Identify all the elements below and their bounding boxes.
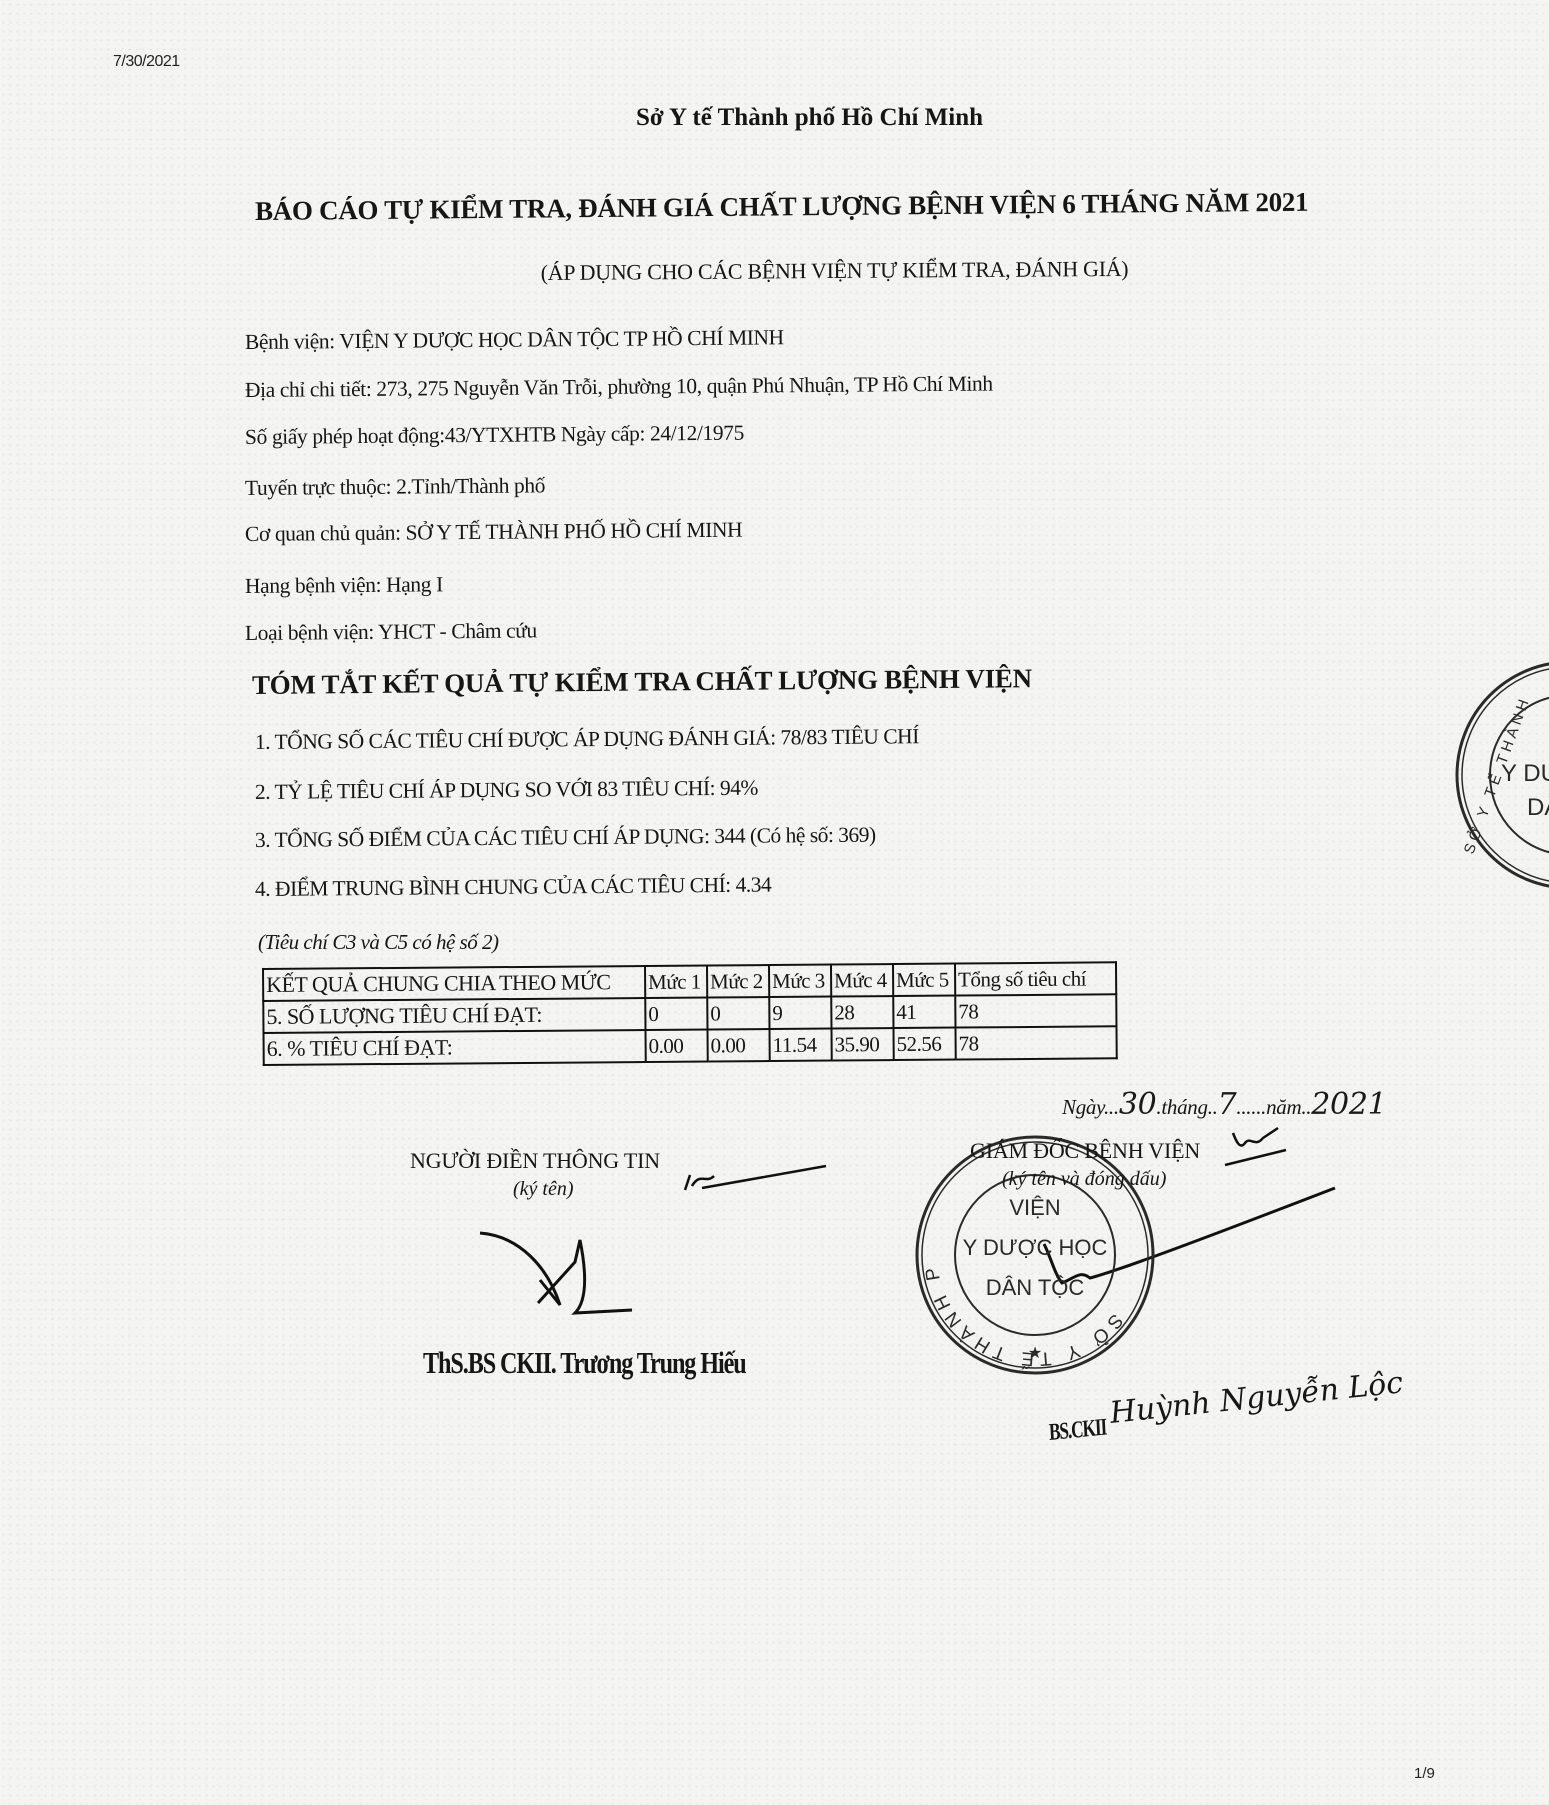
- seal-line-2: Y DƯỢC HỌC: [963, 1235, 1108, 1260]
- edge-seal-icon: Y DƯ DÂ SỞ Y TẾ THÀNH: [1445, 655, 1549, 895]
- filler-signature-icon: [480, 1233, 632, 1313]
- director-initials-icon: [1225, 1128, 1286, 1165]
- filler-name: ThS.BS CKII. Trương Trung Hiếu: [423, 1345, 746, 1381]
- handwritten-strokes: [0, 0, 1549, 1805]
- edge-seal-line-2: DÂ: [1527, 794, 1549, 821]
- seal-line-3: DÂN TỘC: [986, 1275, 1085, 1300]
- filler-initials-icon: [685, 1166, 826, 1190]
- seal-line-1: VIỆN: [1009, 1195, 1060, 1220]
- director-title: GIÁM ĐỐC BỆNH VIỆN: [970, 1138, 1200, 1164]
- page-number: 1/9: [1414, 1765, 1435, 1782]
- director-instruction: (ký tên và đóng dấu): [1002, 1168, 1166, 1191]
- director-name-prefix: BS.CKII: [1048, 1414, 1106, 1446]
- seal-star-icon: ★: [1028, 1345, 1042, 1362]
